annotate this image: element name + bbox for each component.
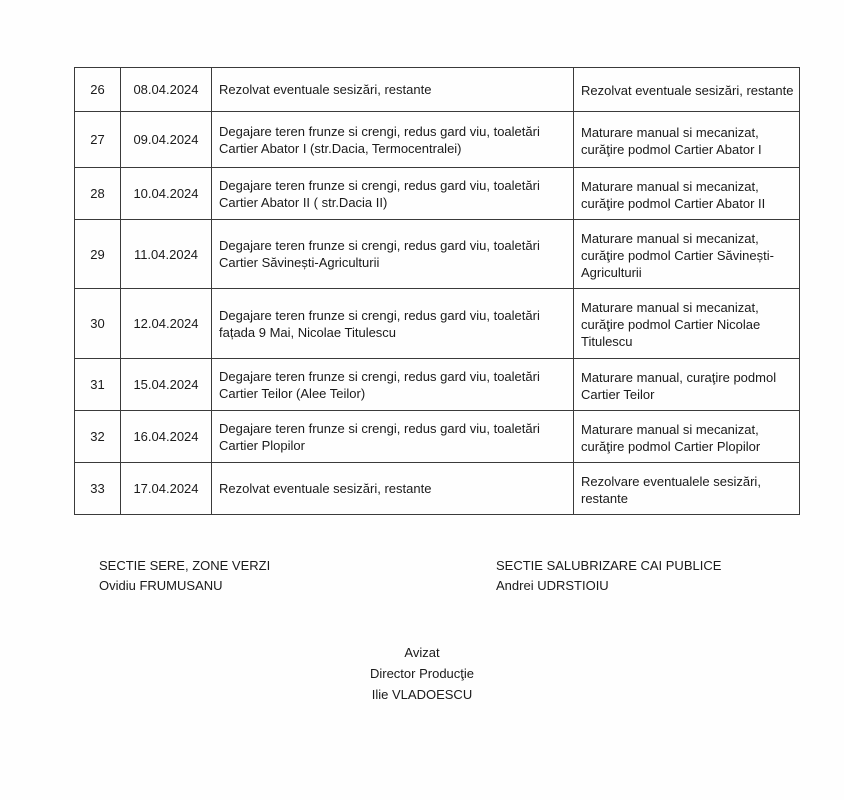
document-page: 26 08.04.2024 Rezolvat eventuale sesizăr…	[0, 0, 844, 800]
signatory-name: Ovidiu FRUMUSANU	[99, 576, 270, 596]
row-number: 30	[75, 289, 121, 359]
approver-title: Director Producţie	[300, 663, 544, 684]
table-row: 30 12.04.2024 Degajare teren frunze si c…	[75, 289, 800, 359]
table-row: 29 11.04.2024 Degajare teren frunze si c…	[75, 220, 800, 289]
table-row: 26 08.04.2024 Rezolvat eventuale sesizăr…	[75, 68, 800, 112]
table-row: 32 16.04.2024 Degajare teren frunze si c…	[75, 411, 800, 463]
department-name: SECTIE SERE, ZONE VERZI	[99, 556, 270, 576]
row-date: 10.04.2024	[121, 168, 212, 220]
street-cleaning-task: Maturare manual si mecanizat, curăţire p…	[574, 220, 800, 289]
green-zones-task: Rezolvat eventuale sesizări, restante	[212, 68, 574, 112]
row-date: 09.04.2024	[121, 112, 212, 168]
row-number: 33	[75, 463, 121, 515]
table-row: 33 17.04.2024 Rezolvat eventuale sesizăr…	[75, 463, 800, 515]
street-cleaning-task: Maturare manual si mecanizat, curăţire p…	[574, 289, 800, 359]
table-row: 28 10.04.2024 Degajare teren frunze si c…	[75, 168, 800, 220]
signature-block-green-zones: SECTIE SERE, ZONE VERZI Ovidiu FRUMUSANU	[99, 556, 270, 596]
row-date: 16.04.2024	[121, 411, 212, 463]
row-number: 27	[75, 112, 121, 168]
green-zones-task: Degajare teren frunze si crengi, redus g…	[212, 168, 574, 220]
table-row: 31 15.04.2024 Degajare teren frunze si c…	[75, 359, 800, 411]
green-zones-task: Degajare teren frunze si crengi, redus g…	[212, 220, 574, 289]
street-cleaning-task: Rezolvare eventualele sesizări, restante	[574, 463, 800, 515]
department-name: SECTIE SALUBRIZARE CAI PUBLICE	[496, 556, 721, 576]
green-zones-task: Degajare teren frunze si crengi, redus g…	[212, 289, 574, 359]
street-cleaning-task: Maturare manual si mecanizat, curăţire p…	[574, 168, 800, 220]
approval-block: Avizat Director Producţie Ilie VLADOESCU	[300, 642, 544, 705]
row-date: 12.04.2024	[121, 289, 212, 359]
row-number: 28	[75, 168, 121, 220]
row-number: 26	[75, 68, 121, 112]
row-date: 17.04.2024	[121, 463, 212, 515]
row-number: 31	[75, 359, 121, 411]
street-cleaning-task: Rezolvat eventuale sesizări, restante	[574, 68, 800, 112]
row-date: 15.04.2024	[121, 359, 212, 411]
green-zones-task: Degajare teren frunze si crengi, redus g…	[212, 411, 574, 463]
signatory-name: Andrei UDRSTIOIU	[496, 576, 721, 596]
row-date: 08.04.2024	[121, 68, 212, 112]
signature-block-street-cleaning: SECTIE SALUBRIZARE CAI PUBLICE Andrei UD…	[496, 556, 721, 596]
table-row: 27 09.04.2024 Degajare teren frunze si c…	[75, 112, 800, 168]
street-cleaning-task: Maturare manual si mecanizat, curăţire p…	[574, 112, 800, 168]
row-date: 11.04.2024	[121, 220, 212, 289]
green-zones-task: Degajare teren frunze si crengi, redus g…	[212, 112, 574, 168]
approval-label: Avizat	[300, 642, 544, 663]
street-cleaning-task: Maturare manual si mecanizat, curăţire p…	[574, 411, 800, 463]
green-zones-task: Degajare teren frunze si crengi, redus g…	[212, 359, 574, 411]
row-number: 32	[75, 411, 121, 463]
work-schedule-table: 26 08.04.2024 Rezolvat eventuale sesizăr…	[74, 67, 800, 515]
approver-name: Ilie VLADOESCU	[300, 684, 544, 705]
street-cleaning-task: Maturare manual, curaţire podmol Cartier…	[574, 359, 800, 411]
green-zones-task: Rezolvat eventuale sesizări, restante	[212, 463, 574, 515]
row-number: 29	[75, 220, 121, 289]
